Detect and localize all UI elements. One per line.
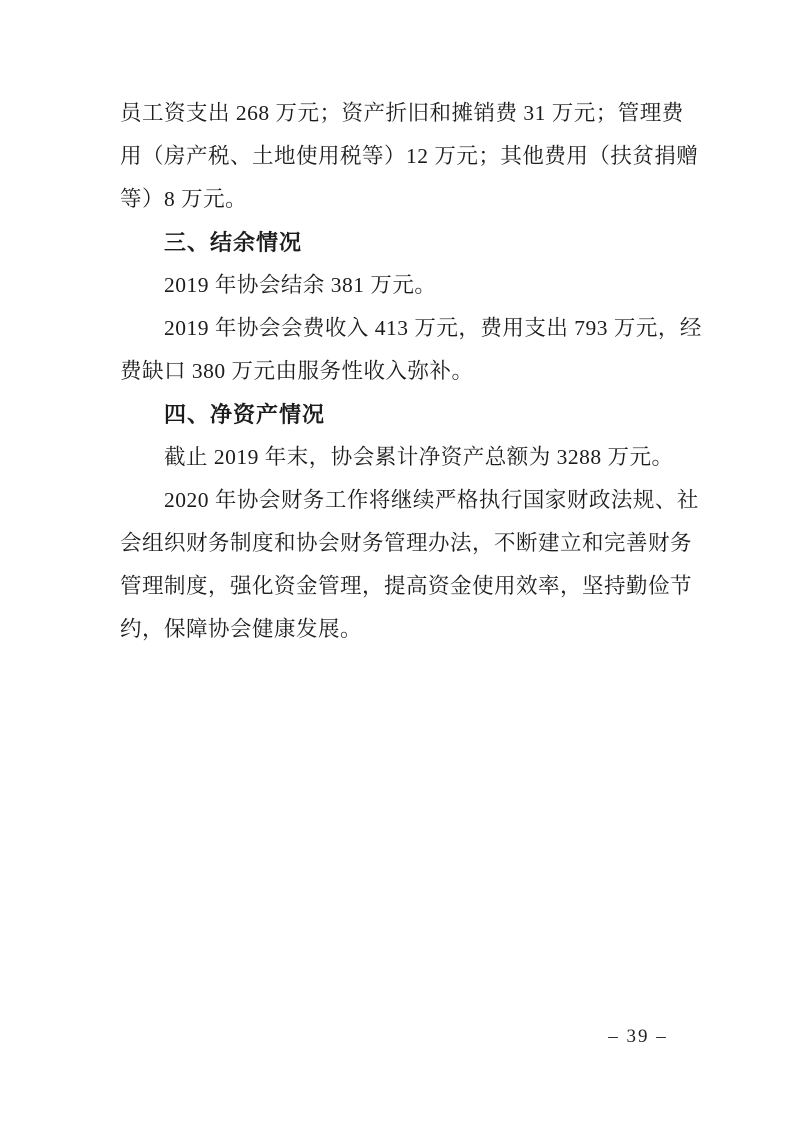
net-assets-paragraph-2-line-1: 2020 年协会财务工作将继续严格执行国家财政法规、社	[120, 479, 682, 522]
document-page: 员工资支出 268 万元；资产折旧和摊销费 31 万元；管理费 用（房产税、土地…	[0, 0, 800, 1131]
net-assets-paragraph-2-line-4: 约，保障协会健康发展。	[120, 608, 682, 651]
page-number: – 39 –	[596, 1026, 680, 1048]
intro-paragraph-line-1: 员工资支出 268 万元；资产折旧和摊销费 31 万元；管理费	[120, 92, 682, 135]
intro-paragraph-line-3: 等）8 万元。	[120, 178, 682, 221]
net-assets-paragraph-2-line-2: 会组织财务制度和协会财务管理办法，不断建立和完善财务	[120, 522, 682, 565]
balance-paragraph-2-line-2: 费缺口 380 万元由服务性收入弥补。	[120, 350, 682, 393]
net-assets-paragraph-1-line-1: 截止 2019 年末，协会累计净资产总额为 3288 万元。	[120, 436, 682, 479]
section-heading-balance: 三、结余情况	[120, 221, 682, 264]
balance-paragraph-2-line-1: 2019 年协会会费收入 413 万元，费用支出 793 万元，经	[120, 307, 682, 350]
document-body: 员工资支出 268 万元；资产折旧和摊销费 31 万元；管理费 用（房产税、土地…	[120, 92, 682, 651]
section-heading-net-assets: 四、净资产情况	[120, 393, 682, 436]
balance-paragraph-1-line-1: 2019 年协会结余 381 万元。	[120, 264, 682, 307]
intro-paragraph-line-2: 用（房产税、土地使用税等）12 万元；其他费用（扶贫捐赠	[120, 135, 682, 178]
net-assets-paragraph-2-line-3: 管理制度，强化资金管理，提高资金使用效率，坚持勤俭节	[120, 565, 682, 608]
